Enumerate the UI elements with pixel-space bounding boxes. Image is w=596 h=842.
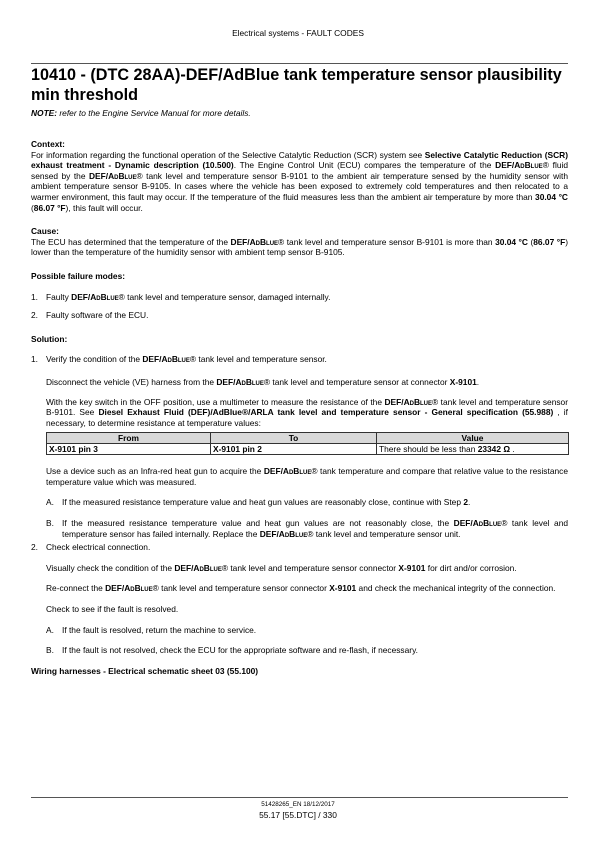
text: tank level and temperature sensor connec… [159,583,329,593]
heatgun-instruction: Use a device such as an Infra-red heat g… [31,466,568,487]
failure-mode-item: 1.Faulty DEF/AdBlue® tank level and temp… [31,292,568,303]
text: for dirt and/or corrosion. [425,563,516,573]
text: Faulty software of the ECU. [46,310,148,320]
option-letter: B. [46,518,54,529]
step-number: 1. [31,354,38,365]
context-paragraph: For information regarding the functional… [31,150,568,214]
visual-check-instruction: Visually check the condition of the DEF/… [31,563,568,574]
option-letter: A. [46,497,54,508]
term-def: DEF/ [89,171,108,181]
measure-instruction: With the key switch in the OFF position,… [31,397,568,429]
reconnect-instruction: Re-connect the DEF/AdBlue® tank level an… [31,583,568,594]
step-number: 2. [31,542,38,553]
connector-id: X-9101 [329,583,356,593]
text: With the key switch in the OFF position,… [46,397,385,407]
footer-page-number: 55.17 [55.DTC] / 330 [0,810,596,820]
column-header-to: To [211,433,377,444]
wiring-schematic-link[interactable]: Wiring harnesses - Electrical schematic … [31,666,568,677]
text: tank level and temperature sensor B-9101… [284,237,495,247]
solution-step-2: 2.Check electrical connection. [31,542,568,553]
fault-content: Context: For information regarding the f… [31,139,568,676]
text: Visually check the condition of the [46,563,174,573]
temp-fahrenheit: 86.07 °F [533,237,565,247]
cause-paragraph: The ECU has determined that the temperat… [31,237,568,258]
footer-divider [31,797,568,798]
resistance-table: From To Value X-9101 pin 3 X-9101 pin 2 … [46,432,569,455]
term-adblue: AdBlue [514,160,542,170]
text: If the measured resistance temperature v… [62,518,454,528]
text: If the fault is not resolved, check the … [62,645,418,655]
term-adblue: AdBlue [473,518,501,528]
text: ), this fault will occur. [66,203,143,213]
cell-to: X-9101 pin 2 [211,444,377,455]
cell-value: There should be less than 23342 Ω . [377,444,569,455]
text: tank level and temperature sensor at con… [270,377,450,387]
step-2-option-a: A.If the fault is resolved, return the m… [31,625,568,636]
term-adblue: AdBlue [279,529,307,539]
spec-link[interactable]: Diesel Exhaust Fluid (DEF)/AdBlue®/ARLA … [98,407,553,417]
cell-from: X-9101 pin 3 [47,444,211,455]
text: There should be less than [379,444,478,454]
term-adblue: AdBlue [108,171,136,181]
text: For information regarding the functional… [31,150,425,160]
term-def: DEF/ [260,529,279,539]
text: If the measured resistance temperature v… [62,497,463,507]
step-1-option-a: A.If the measured resistance temperature… [31,497,568,508]
term-def: DEF/ [216,377,235,387]
term-adblue: AdBlue [193,563,221,573]
text: If the fault is resolved, return the mac… [62,625,256,635]
text: tank level and temperature sensor, damag… [125,292,331,302]
page-title: 10410 - (DTC 28AA)-DEF/AdBlue tank tempe… [31,66,568,105]
term-adblue: AdBlue [283,466,311,476]
check-fault-instruction: Check to see if the fault is resolved. [31,604,568,615]
resistance-value: 23342 Ω [478,444,510,454]
table-row: X-9101 pin 3 X-9101 pin 2 There should b… [47,444,569,455]
term-def: DEF/ [264,466,283,476]
cause-heading: Cause: [31,226,568,237]
disconnect-instruction: Disconnect the vehicle (VE) harness from… [31,377,568,388]
column-header-from: From [47,433,211,444]
text: tank level and temperature sensor unit. [313,529,460,539]
term-adblue: AdBlue [124,583,152,593]
text: Use a device such as an Infra-red heat g… [46,466,264,476]
term-adblue: AdBlue [235,377,263,387]
note: NOTE: refer to the Engine Service Manual… [31,108,568,119]
text: tank level and temperature sensor connec… [228,563,398,573]
option-letter: B. [46,645,54,656]
text: . [468,497,470,507]
text: Disconnect the vehicle (VE) harness from… [46,377,216,387]
page-header: Electrical systems - FAULT CODES [0,28,596,39]
solution-step-1: 1.Verify the condition of the DEF/AdBlue… [31,354,568,365]
term-adblue: AdBlue [250,237,278,247]
item-number: 1. [31,292,38,303]
text: . [477,377,479,387]
note-label: NOTE: [31,108,57,118]
text: Faulty [46,292,71,302]
term-adblue: AdBlue [90,292,118,302]
temp-celsius: 30.04 °C [495,237,528,247]
step-1-option-b: B.If the measured resistance temperature… [31,518,568,539]
term-def: DEF/ [105,583,124,593]
text: tank level and temperature sensor. [196,354,327,364]
text: Check electrical connection. [46,542,150,552]
term-def: DEF/ [231,237,250,247]
connector-id: X-9101 [450,377,477,387]
term-def: DEF/ [174,563,193,573]
term-def: DEF/ [454,518,473,528]
failure-modes-heading: Possible failure modes: [31,271,568,282]
option-letter: A. [46,625,54,636]
header-divider [31,63,568,64]
text: Re-connect the [46,583,105,593]
failure-mode-item: 2.Faulty software of the ECU. [31,310,568,321]
term-adblue: AdBlue [404,397,432,407]
table-header-row: From To Value [47,433,569,444]
note-text: refer to the Engine Service Manual for m… [57,108,251,118]
step-2-option-b: B.If the fault is not resolved, check th… [31,645,568,656]
term-def: DEF/ [495,160,514,170]
context-heading: Context: [31,139,568,150]
item-number: 2. [31,310,38,321]
term-adblue: AdBlue [161,354,189,364]
temp-fahrenheit: 86.07 °F [34,203,66,213]
term-def: DEF/ [71,292,90,302]
temp-celsius: 30.04 °C [535,192,568,202]
term-def: DEF/ [385,397,404,407]
text: . [510,444,515,454]
text: . The Engine Control Unit (ECU) compares… [234,160,495,170]
term-def: DEF/ [142,354,161,364]
solution-heading: Solution: [31,334,568,345]
text: Verify the condition of the [46,354,142,364]
connector-id: X-9101 [398,563,425,573]
text: and check the mechanical integrity of th… [356,583,555,593]
text: The ECU has determined that the temperat… [31,237,231,247]
column-header-value: Value [377,433,569,444]
footer-document-id: 51428265_EN 18/12/2017 [0,801,596,809]
